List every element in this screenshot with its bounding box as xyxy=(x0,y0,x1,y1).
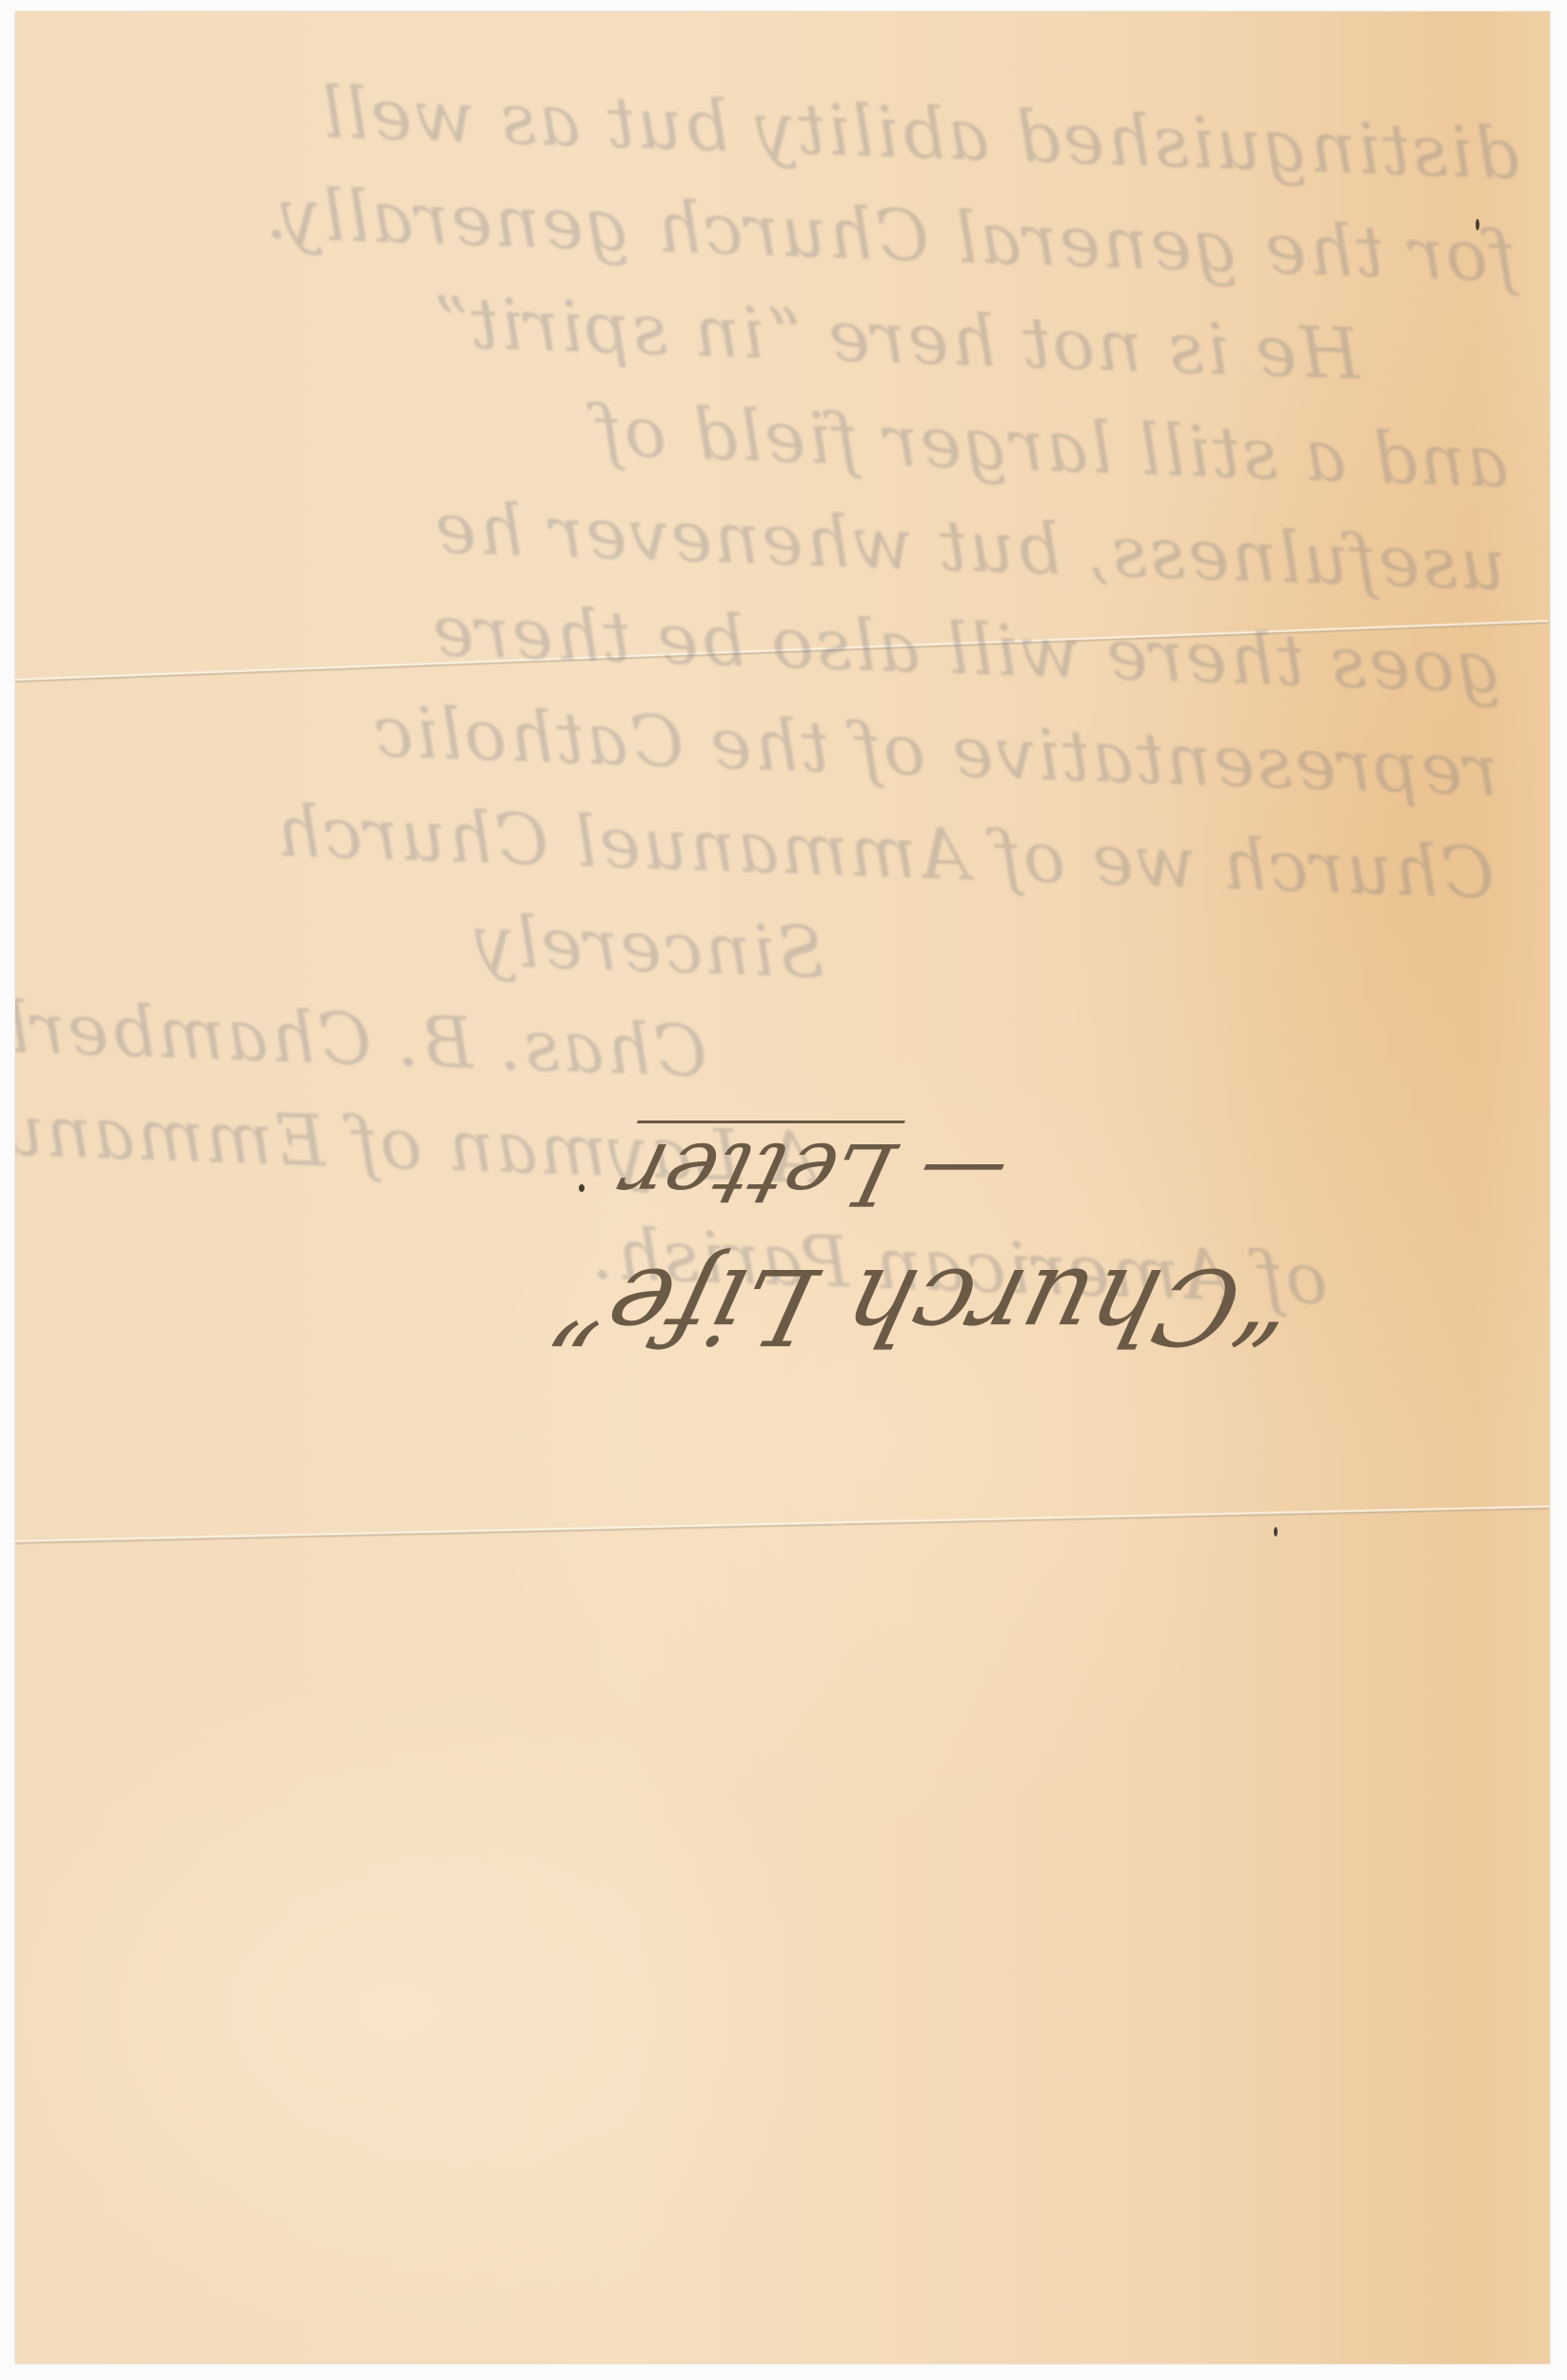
ink-speck xyxy=(1274,1527,1278,1537)
inscription-subtitle-text: Letter xyxy=(612,1121,906,1223)
fold-crease-lower xyxy=(15,1504,1550,1545)
inscription-title: “Church Life” xyxy=(542,1249,1305,1363)
docket-inscription: “Church Life” — Letter xyxy=(625,1049,1291,1363)
ink-speck xyxy=(579,1184,585,1192)
inscription-dash: — xyxy=(907,1123,1018,1223)
ink-speck xyxy=(1476,219,1479,230)
inscription-subtitle: — Letter xyxy=(612,1125,1017,1220)
letter-sheet: distinguished ability but as well for th… xyxy=(15,11,1550,2364)
